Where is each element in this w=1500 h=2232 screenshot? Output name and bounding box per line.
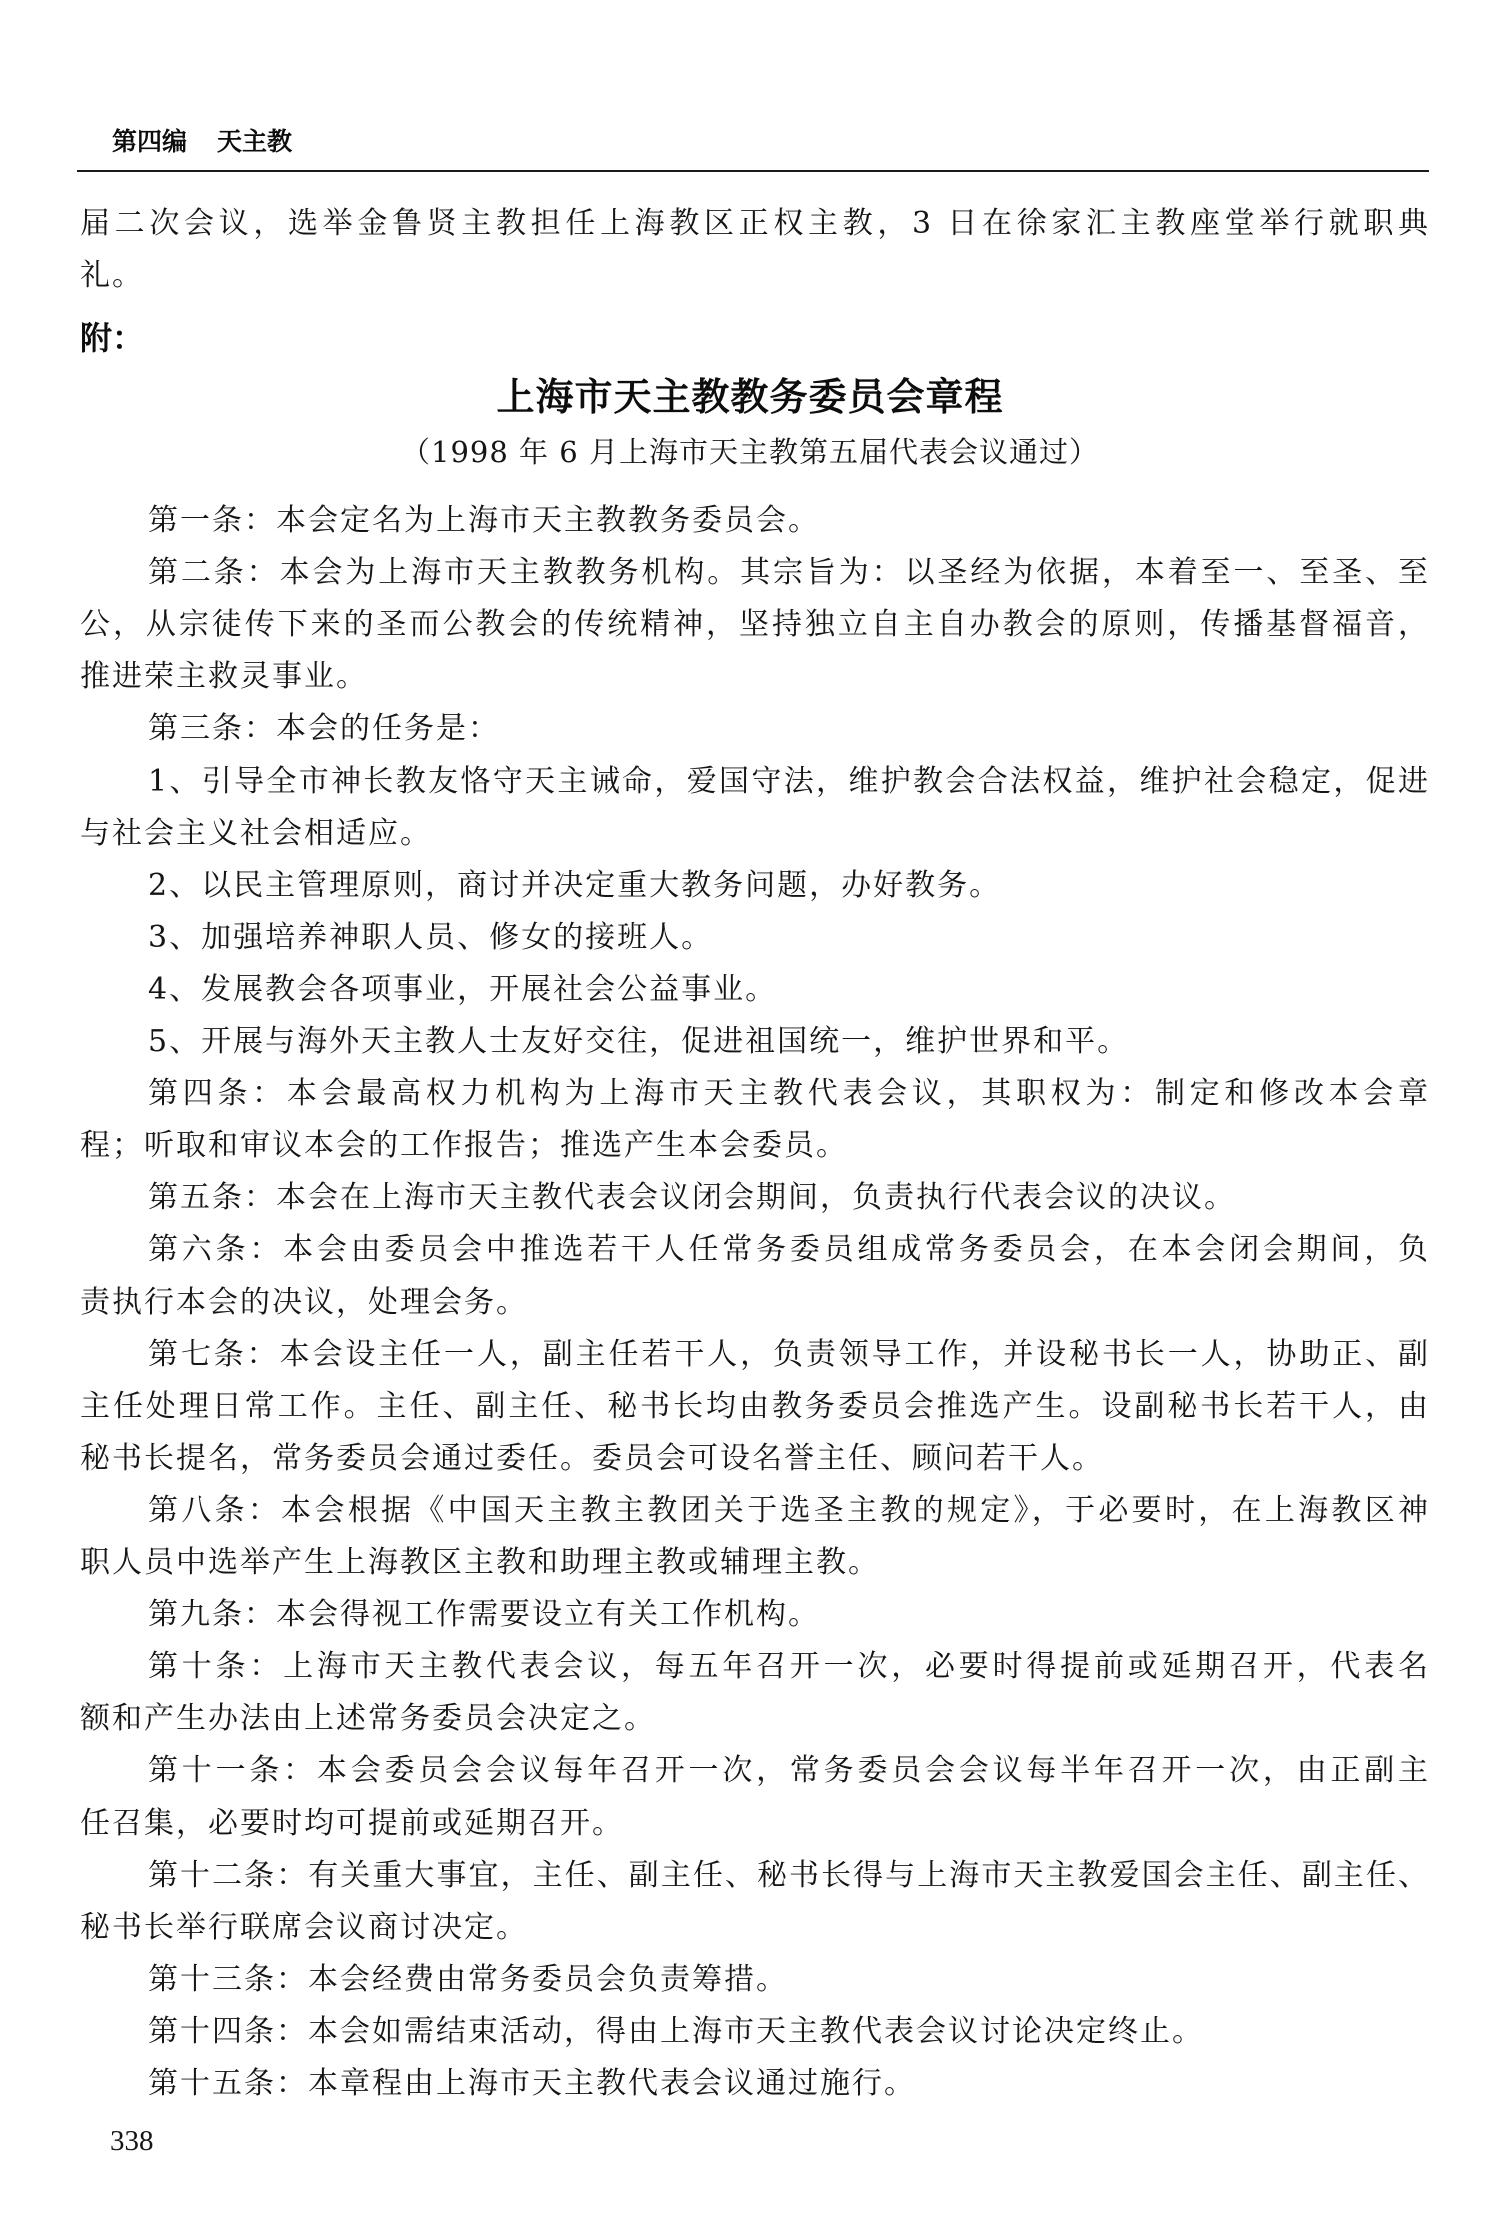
article-line-continued: 与社会主义社会相适应。 <box>80 814 1430 854</box>
article-line-continued: 推进荣主救灵事业。 <box>80 657 1430 697</box>
header-rule <box>77 170 1429 172</box>
article-line-continued: 主任处理日常工作。主任、副主任、秘书长均由教务委员会推选产生。设副秘书长若干人，… <box>80 1387 1430 1427</box>
running-head: 第四编天主教 <box>112 124 292 160</box>
article-line-first: 第十五条：本章程由上海市天主教代表会议通过施行。 <box>148 2064 1430 2104</box>
article-line-first: 第十二条：有关重大事宜，主任、副主任、秘书长得与上海市天主教爱国会主任、副主任、 <box>148 1856 1430 1896</box>
article-line-first: 第三条：本会的任务是： <box>148 709 1430 749</box>
article-line-first: 5、开展与海外天主教人士友好交往，促进祖国统一，维护世界和平。 <box>148 1022 1430 1062</box>
article-line-continued: 秘书长举行联席会议商讨决定。 <box>80 1908 1430 1948</box>
article-line-continued: 任召集，必要时均可提前或延期召开。 <box>80 1804 1430 1844</box>
article-line-first: 第五条：本会在上海市天主教代表会议闭会期间，负责执行代表会议的决议。 <box>148 1178 1430 1218</box>
running-head-part: 第四编 <box>112 127 187 156</box>
article-line-first: 第十四条：本会如需结束活动，得由上海市天主教代表会议讨论决定终止。 <box>148 2012 1430 2052</box>
article-line-first: 3、加强培养神职人员、修女的接班人。 <box>148 918 1430 958</box>
article-line-first: 1、引导全市神长教友恪守天主诫命，爱国守法，维护教会合法权益，维护社会稳定，促进 <box>148 762 1430 802</box>
document-title: 上海市天主教教务委员会章程 <box>0 374 1500 420</box>
continuation-line: 礼。 <box>80 256 1430 296</box>
article-line-first: 第二条：本会为上海市天主教教务机构。其宗旨为：以圣经为依据，本着至一、至圣、至 <box>148 553 1430 593</box>
article-line-continued: 公，从宗徒传下来的圣而公教会的传统精神，坚持独立自主自办教会的原则，传播基督福音… <box>80 605 1430 645</box>
page-number: 338 <box>110 2124 154 2158</box>
article-line-first: 第十一条：本会委员会会议每年召开一次，常务委员会会议每半年召开一次，由正副主 <box>148 1751 1430 1791</box>
article-line-first: 第八条：本会根据《中国天主教主教团关于选圣主教的规定》，于必要时，在上海教区神 <box>148 1491 1430 1531</box>
continuation-line: 届二次会议，选举金鲁贤主教担任上海教区正权主教，3 日在徐家汇主教座堂举行就职典 <box>80 204 1430 244</box>
article-line-first: 第十三条：本会经费由常务委员会负责筹措。 <box>148 1960 1430 2000</box>
article-line-continued: 秘书长提名，常务委员会通过委任。委员会可设名誉主任、顾问若干人。 <box>80 1439 1430 1479</box>
article-line-continued: 责执行本会的决议，处理会务。 <box>80 1283 1430 1323</box>
document-subtitle: （1998 年 6 月上海市天主教第五届代表会议通过） <box>0 434 1500 470</box>
article-line-first: 第一条：本会定名为上海市天主教教务委员会。 <box>148 501 1430 541</box>
article-line-first: 第六条：本会由委员会中推选若干人任常务委员组成常务委员会，在本会闭会期间，负 <box>148 1230 1430 1270</box>
article-line-first: 第九条：本会得视工作需要设立有关工作机构。 <box>148 1595 1430 1635</box>
article-line-first: 第七条：本会设主任一人，副主任若干人，负责领导工作，并设秘书长一人，协助正、副 <box>148 1335 1430 1375</box>
article-line-first: 第四条：本会最高权力机构为上海市天主教代表会议，其职权为：制定和修改本会章 <box>148 1074 1430 1114</box>
article-line-continued: 额和产生办法由上述常务委员会决定之。 <box>80 1699 1430 1739</box>
article-line-first: 2、以民主管理原则，商讨并决定重大教务问题，办好教务。 <box>148 866 1430 906</box>
article-line-first: 第十条：上海市天主教代表会议，每五年召开一次，必要时得提前或延期召开，代表名 <box>148 1647 1430 1687</box>
article-line-continued: 职人员中选举产生上海教区主教和助理主教或辅理主教。 <box>80 1543 1430 1583</box>
article-line-first: 4、发展教会各项事业，开展社会公益事业。 <box>148 970 1430 1010</box>
appendix-label: 附： <box>80 318 144 358</box>
article-line-continued: 程；听取和审议本会的工作报告；推选产生本会委员。 <box>80 1126 1430 1166</box>
running-head-section: 天主教 <box>217 127 292 156</box>
